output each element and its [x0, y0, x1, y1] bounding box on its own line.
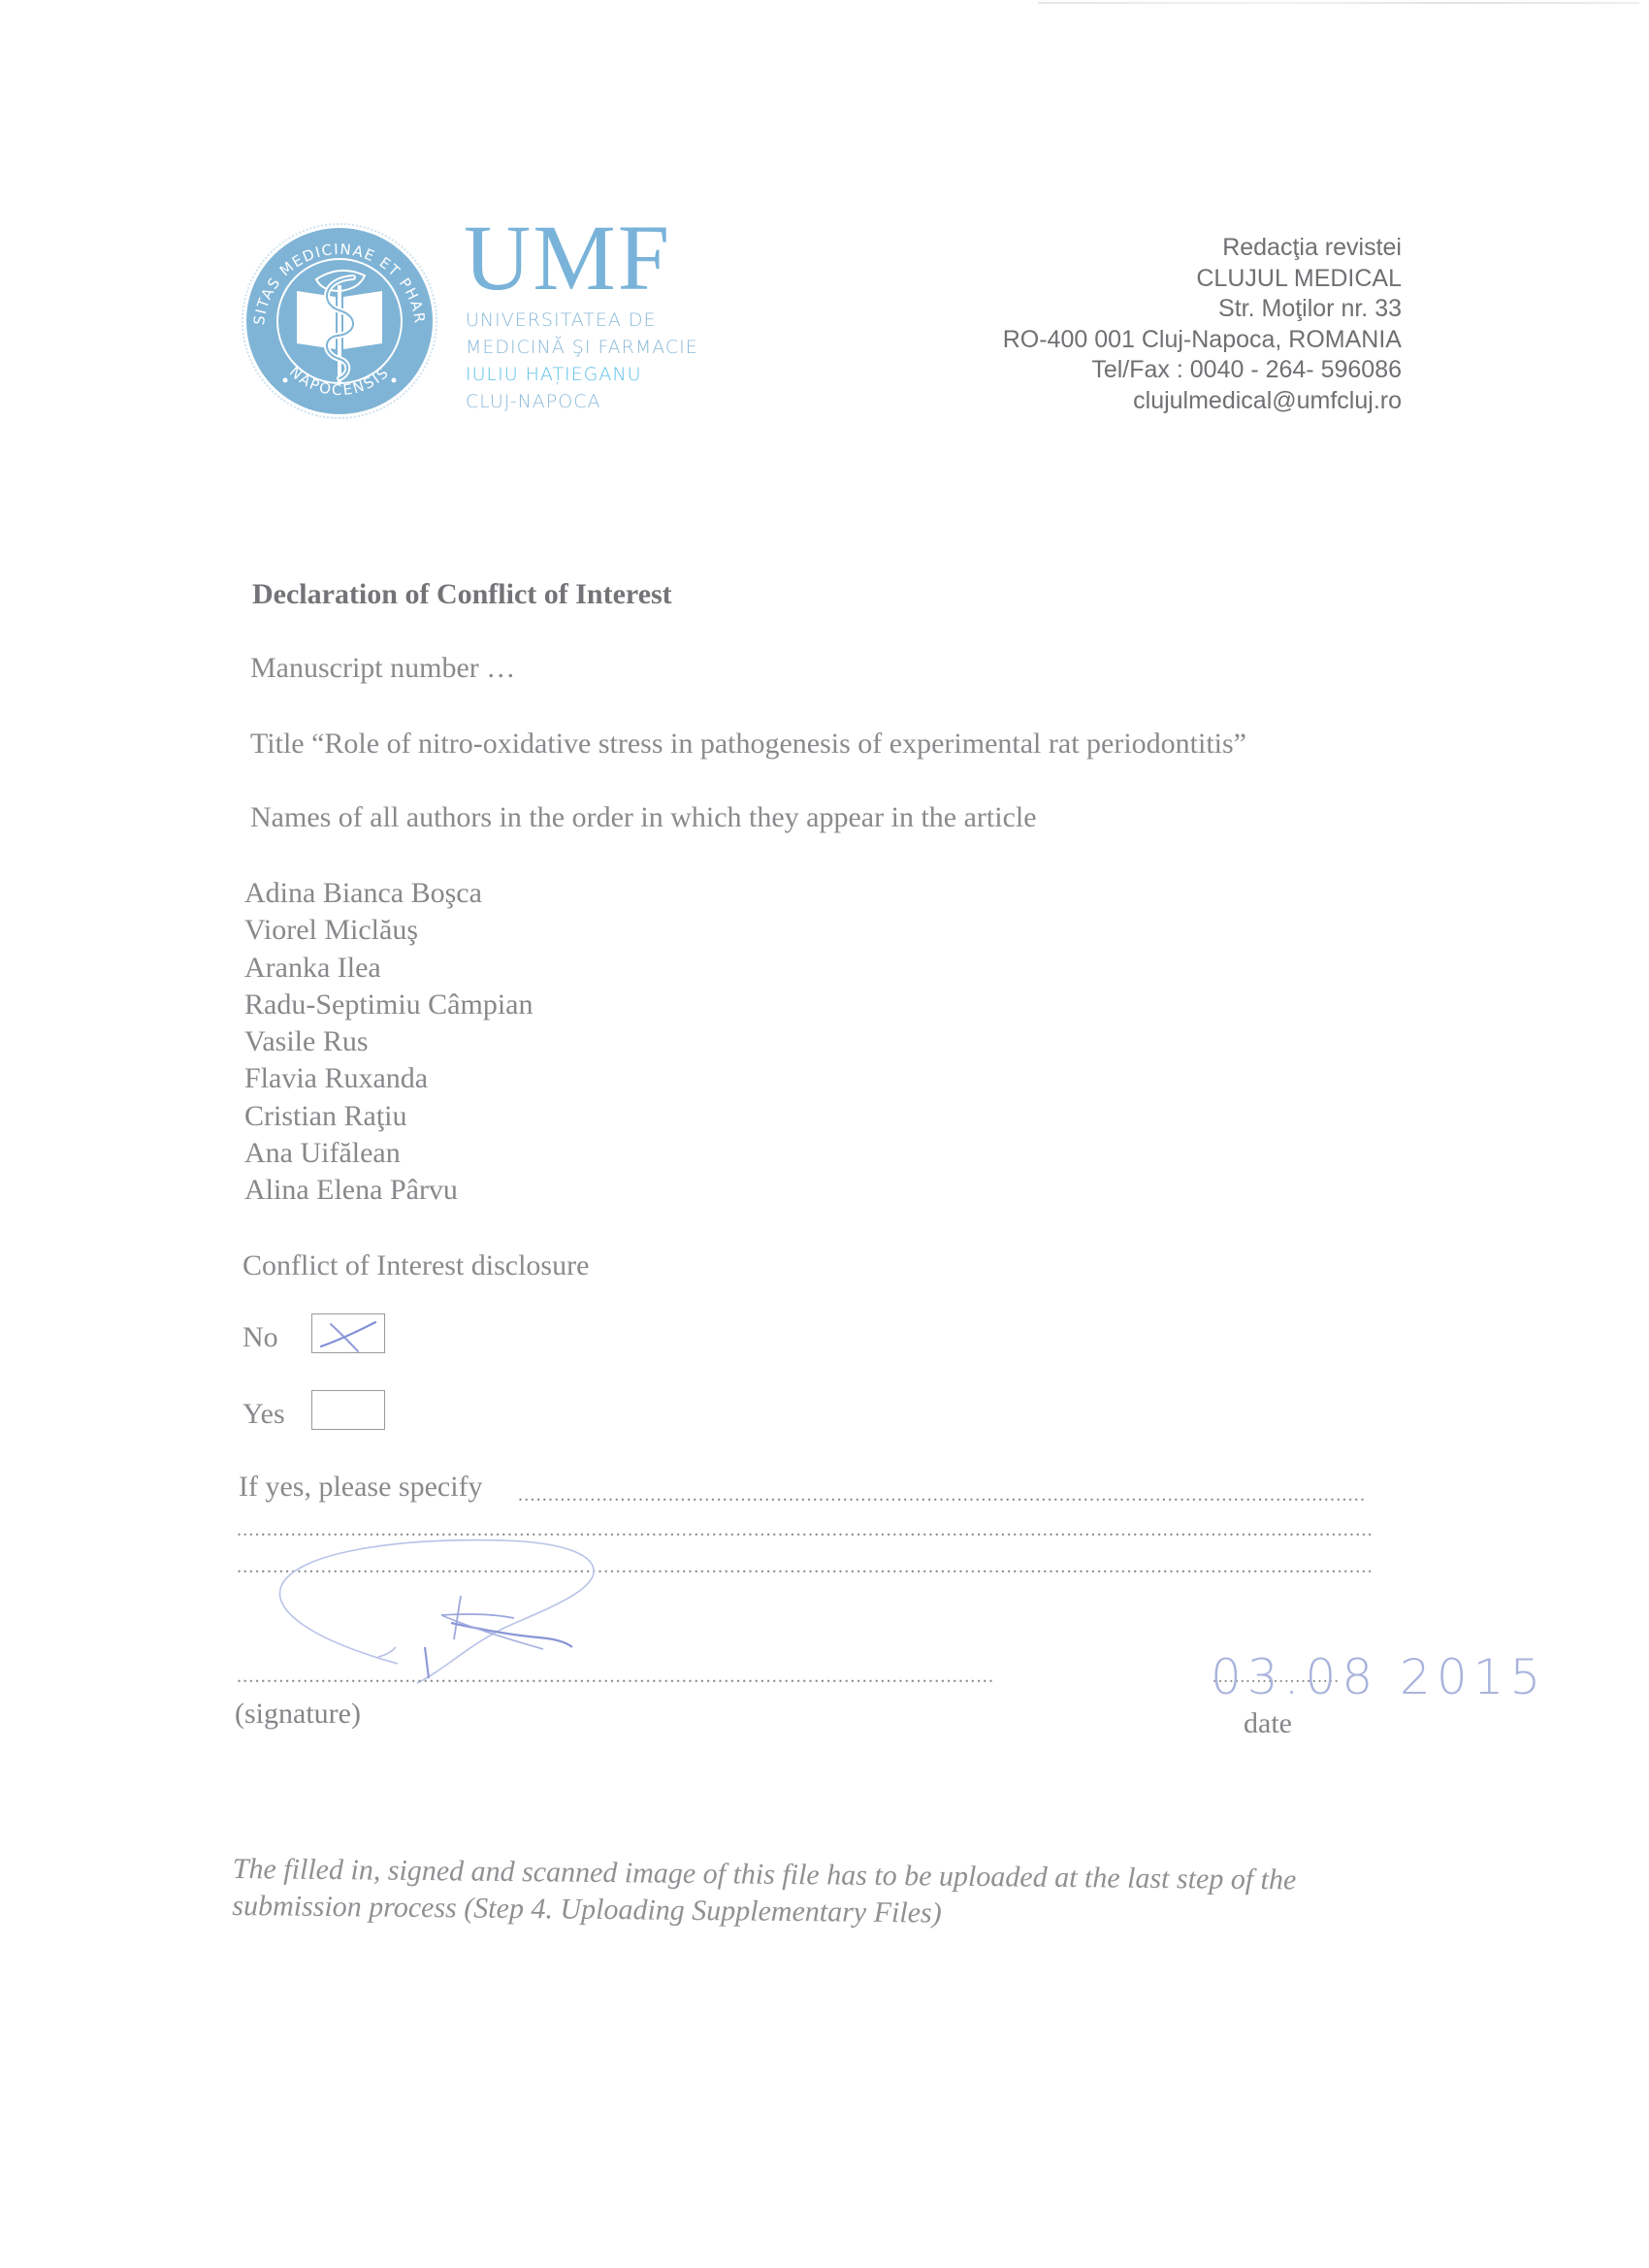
- author-name: Ana Uifălean: [244, 1135, 533, 1172]
- signature-line[interactable]: ........................................…: [237, 1666, 993, 1688]
- disclosure-label: Conflict of Interest disclosure: [242, 1249, 589, 1282]
- no-checkbox[interactable]: [311, 1313, 385, 1353]
- address-email: clujulmedical@umfcluj.ro: [1003, 386, 1402, 417]
- authors-intro: Names of all authors in the order in whi…: [250, 801, 1037, 834]
- author-name: Flavia Ruxanda: [244, 1060, 533, 1097]
- specify-label: If yes, please specify: [239, 1471, 483, 1504]
- journal-address-block: Redacţia revistei CLUJUL MEDICAL Str. Mo…: [1003, 233, 1402, 416]
- university-name-line-1: UNIVERSITATEA DE: [466, 309, 657, 331]
- option-no-label: No: [242, 1321, 278, 1354]
- option-yes-label: Yes: [242, 1398, 285, 1431]
- specify-line-1[interactable]: ........................................…: [518, 1484, 1364, 1507]
- university-name-line-2: MEDICINĂ ŞI FARMACIE: [466, 337, 698, 358]
- article-title-line: Title “Role of nitro-oxidative stress in…: [250, 728, 1246, 761]
- yes-checkbox[interactable]: [311, 1390, 385, 1430]
- date-label: date: [1244, 1707, 1292, 1740]
- author-name: Cristian Raţiu: [244, 1098, 533, 1135]
- address-line: RO-400 001 Cluj-Napoca, ROMANIA: [1003, 325, 1402, 356]
- author-list: Adina Bianca Boşca Viorel Miclăuş Aranka…: [244, 875, 533, 1210]
- address-line: Redacţia revistei: [1003, 233, 1402, 264]
- author-name: Radu-Septimiu Câmpian: [244, 987, 533, 1023]
- university-name-line-3: IULIU HAȚIEGANU: [466, 364, 642, 385]
- umf-logotype: UMF: [464, 211, 671, 305]
- manuscript-number-line: Manuscript number …: [250, 652, 515, 685]
- handwritten-x-mark-icon: [312, 1314, 386, 1354]
- signature-label: (signature): [235, 1698, 361, 1731]
- address-line: Tel/Fax : 0040 - 264- 596086: [1003, 355, 1402, 386]
- address-line: Str. Moţilor nr. 33: [1003, 294, 1402, 325]
- address-line: CLUJUL MEDICAL: [1003, 264, 1402, 295]
- author-name: Viorel Miclăuş: [244, 912, 533, 949]
- university-seal-logo: UNIVERSITAS MEDICINAE ET PHARMACIAE NAPO…: [235, 221, 444, 421]
- university-name-line-4: CLUJ-NAPOCA: [466, 391, 600, 412]
- author-name: Alina Elena Pârvu: [244, 1172, 533, 1209]
- upload-instructions-note: The filled in, signed and scanned image …: [232, 1851, 1426, 1937]
- author-name: Adina Bianca Boşca: [244, 875, 533, 912]
- author-name: Vasile Rus: [244, 1023, 533, 1060]
- scan-edge-artifact: [1038, 2, 1639, 4]
- page-title: Declaration of Conflict of Interest: [252, 578, 672, 611]
- handwritten-date-value: 03.08 2015: [1211, 1649, 1546, 1705]
- author-name: Aranka Ilea: [244, 950, 533, 987]
